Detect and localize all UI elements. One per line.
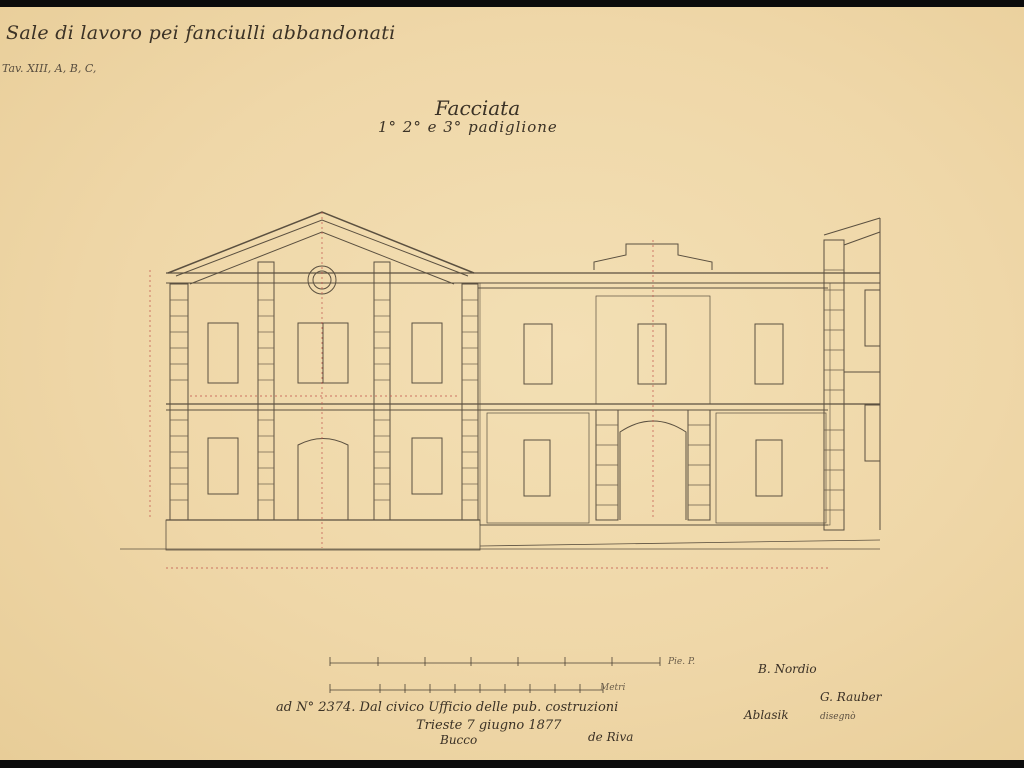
signature-rauber: G. Rauber [820, 690, 882, 704]
scale-bar-label-meters: Metri [600, 683, 625, 693]
registration-note: ad N° 2374. Dal civico Ufficio delle pub… [276, 700, 618, 715]
drawing-title: Facciata [435, 96, 520, 120]
signature-role: disegnò [820, 712, 856, 722]
signature-ablasik: Ablasik [744, 708, 789, 722]
drawing-subtitle: 1° 2° e 3° padiglione [378, 118, 558, 136]
signature-bucco: Bucco [440, 733, 477, 747]
signature-de-riva: de Riva [588, 730, 633, 744]
signature-nordio: B. Nordio [758, 662, 817, 676]
document-title: Sale di lavoro pei fanciulli abbandonati [6, 22, 396, 44]
scale-bar-label-feet: Pie. P. [668, 657, 695, 667]
place-date: Trieste 7 giugno 1877 [416, 718, 561, 733]
plate-reference: Tav. XIII, A, B, C, [2, 62, 96, 75]
